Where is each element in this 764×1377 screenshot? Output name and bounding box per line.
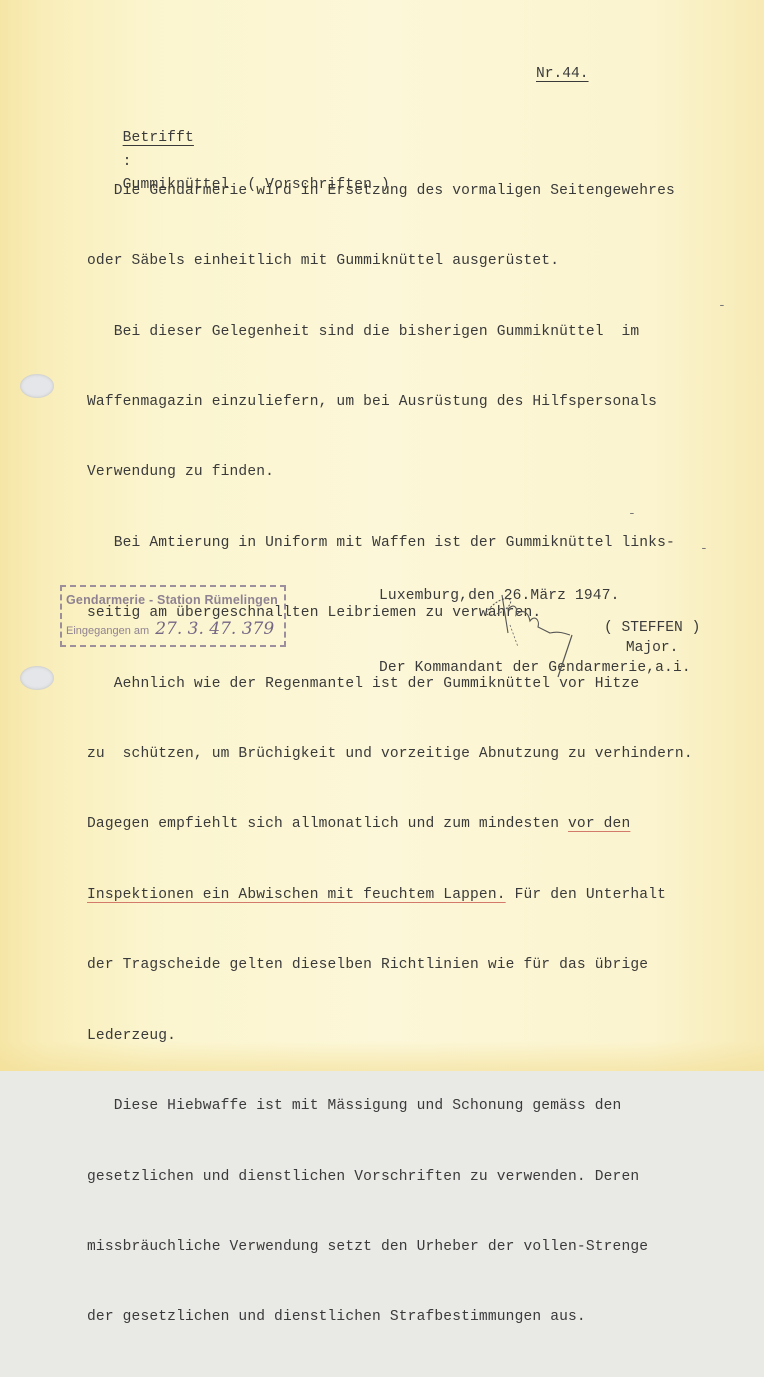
punch-hole-bottom <box>20 666 54 690</box>
document-page: Nr.44. Betrifft : Gummiknüttel ( Vorschr… <box>0 0 764 1071</box>
punch-hole-top <box>20 374 54 398</box>
stamp-handwritten-date: 27. 3. 47. 379 <box>155 619 274 639</box>
signatory-block: ( STEFFEN ) Major. <box>604 618 700 658</box>
document-number: Nr.44. <box>536 66 589 82</box>
body-line: Bei dieser Gelegenheit sind die bisherig… <box>87 321 693 345</box>
reception-stamp: Gendarmerie - Station Rümelingen Eingega… <box>60 585 286 647</box>
handwritten-signature-icon <box>478 585 588 680</box>
body-line: zu schützen, um Brüchigkeit und vorzeiti… <box>87 743 693 767</box>
body-line: oder Säbels einheitlich mit Gummiknüttel… <box>87 250 693 274</box>
body-line: Verwendung zu finden. <box>87 461 693 485</box>
body-line: Lederzeug. <box>87 1025 693 1049</box>
stamp-received: Eingegangen am27. 3. 47. 379 <box>66 619 274 639</box>
red-pencil-underline: Inspektionen ein Abwischen mit feuchtem … <box>87 887 506 903</box>
signatory-name: ( STEFFEN ) <box>604 618 700 638</box>
body-line: der Tragscheide gelten dieselben Richtli… <box>87 954 693 978</box>
body-line: Die Gendarmerie wird in Ersetzung des vo… <box>87 180 693 204</box>
body-line: Waffenmagazin einzuliefern, um bei Ausrü… <box>87 391 693 415</box>
body-line: Dagegen empfiehlt sich allmonatlich und … <box>87 813 693 837</box>
signatory-rank: Major. <box>604 638 700 658</box>
red-pencil-underline: vor den <box>568 816 630 832</box>
margin-mark: - <box>718 298 726 313</box>
body-line: Inspektionen ein Abwischen mit feuchtem … <box>87 884 693 908</box>
margin-mark: - <box>628 506 636 521</box>
stamp-station: Gendarmerie - Station Rümelingen <box>66 593 278 607</box>
margin-mark: - <box>700 541 708 556</box>
